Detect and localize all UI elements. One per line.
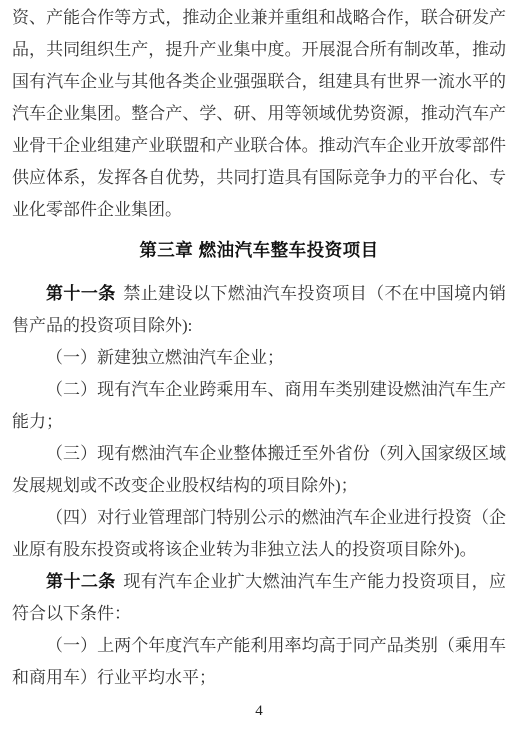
article-paragraph-12: 第十二条现有汽车企业扩大燃油汽车生产能力投资项目，应符合以下条件：	[12, 566, 506, 630]
list-item-1: （一）新建独立燃油汽车企业；	[12, 342, 506, 374]
list-item-3: （三）现有燃油汽车企业整体搬迁至外省份（列入国家级区域发展规划或不改变企业股权结…	[12, 438, 506, 502]
document-page: 资、产能合作等方式，推动企业兼并重组和战略合作，联合研发产品，共同组织生产，提升…	[0, 0, 518, 731]
paragraph-continued: 资、产能合作等方式，推动企业兼并重组和战略合作，联合研发产品，共同组织生产，提升…	[12, 2, 506, 226]
article-number: 第十一条	[46, 284, 116, 303]
list-item-5: （一）上两个年度汽车产能利用率均高于同产品类别（乘用车和商用车）行业平均水平；	[12, 630, 506, 694]
list-item-4: （四）对行业管理部门特别公示的燃油汽车企业进行投资（企业原有股东投资或将该企业转…	[12, 502, 506, 566]
article-paragraph-11: 第十一条禁止建设以下燃油汽车投资项目（不在中国境内销售产品的投资项目除外):	[12, 278, 506, 342]
list-item-2: （二）现有汽车企业跨乘用车、商用车类别建设燃油汽车生产能力；	[12, 374, 506, 438]
page-number: 4	[0, 703, 518, 719]
chapter-heading: 第三章 燃油汽车整车投资项目	[12, 234, 506, 266]
article-number: 第十二条	[46, 572, 116, 591]
